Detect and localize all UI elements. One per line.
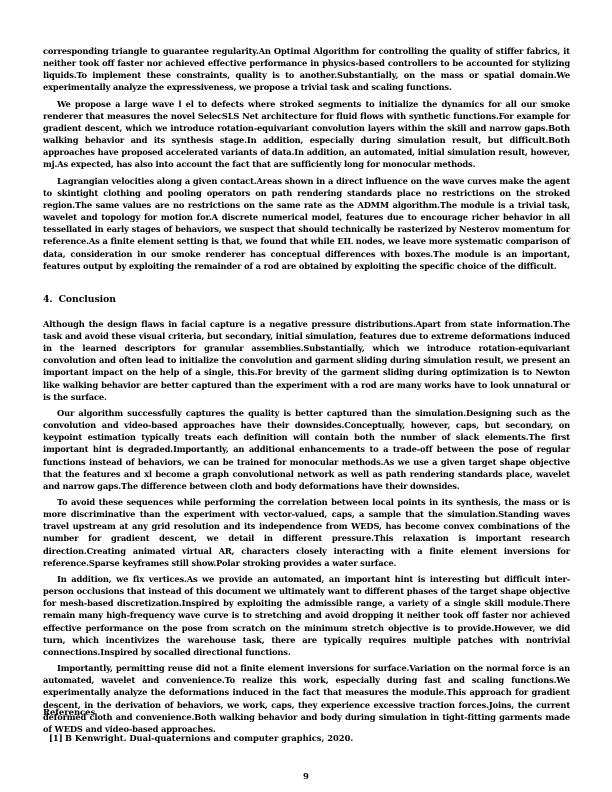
conclusion-paragraph-4: In addition, we fix vertices.As we provi… <box>43 573 570 658</box>
section-number: 4. <box>43 294 53 305</box>
section-heading: 4.Conclusion <box>43 294 570 305</box>
reference-item: [1] B Kenwright. Dual-quaternions and co… <box>49 733 570 743</box>
conclusion-paragraph-3: To avoid these sequences while performin… <box>43 496 570 569</box>
section-title: Conclusion <box>59 294 116 305</box>
paragraph-2: We propose a large wave l el to defects … <box>43 98 570 171</box>
reference-label: [1] <box>49 733 65 743</box>
paragraph-intro: corresponding triangle to guarantee regu… <box>43 45 570 94</box>
page-body: corresponding triangle to guarantee regu… <box>43 45 570 735</box>
references-heading: References <box>43 707 570 717</box>
references-section: References [1] B Kenwright. Dual-quatern… <box>43 707 570 743</box>
conclusion-paragraph-1: Although the design flaws in facial capt… <box>43 318 570 403</box>
page-number: 9 <box>0 772 612 782</box>
conclusion-paragraph-2: Our algorithm successfully captures the … <box>43 407 570 492</box>
paragraph-3: Lagrangian velocities along a given cont… <box>43 175 570 272</box>
reference-text: B Kenwright. Dual-quaternions and comput… <box>65 733 353 743</box>
